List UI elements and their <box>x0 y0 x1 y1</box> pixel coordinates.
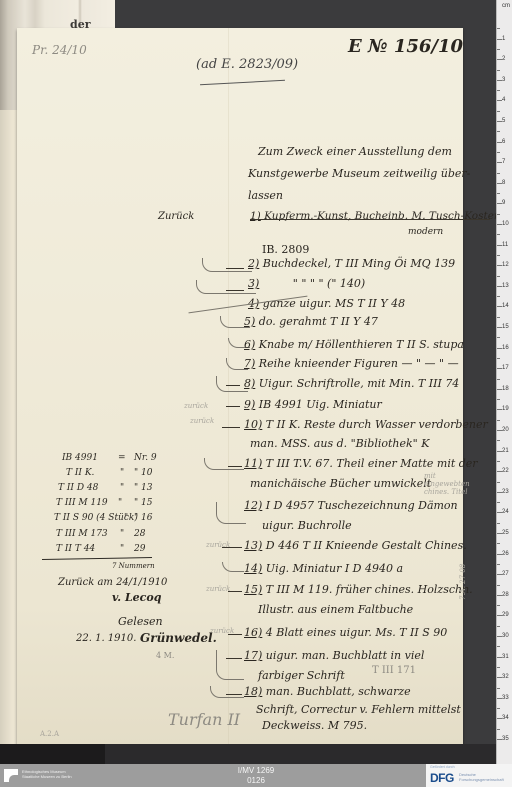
item-18-continuation: Schrift, Correctur v. Fehlern mittelst <box>256 704 461 715</box>
ruler-half-tick <box>497 49 500 50</box>
item-2-bracket <box>202 258 252 272</box>
item-12-bracket <box>216 502 246 524</box>
item-17-dash <box>226 658 242 659</box>
item-15-margin-note: zurück <box>206 586 230 593</box>
funder-name: Deutsche Forschungsgemeinschaft <box>459 772 504 782</box>
ruler-label: 13 <box>502 283 509 289</box>
ruler-label: 35 <box>502 736 509 742</box>
ruler-half-tick <box>497 214 500 215</box>
item-2-dash <box>226 268 244 269</box>
item-15-dash <box>228 591 242 592</box>
pencil-bottom-note: Turfan II <box>168 712 240 728</box>
read-date: 22. 1. 1910. <box>76 634 136 644</box>
item-18-continuation-2: Deckweiss. M 795. <box>262 720 367 731</box>
ruler-half-tick <box>497 502 500 503</box>
ruler-label: 12 <box>502 262 509 268</box>
item-17-side-note: T III 171 <box>372 666 416 676</box>
item-1-strikethrough <box>250 219 490 220</box>
item-9-margin-note: zurück <box>184 403 208 410</box>
item-13-dash <box>222 547 242 548</box>
ruler-label: 20 <box>502 427 509 433</box>
ruler-half-tick <box>497 564 500 565</box>
return-table-total: 7 Nummern <box>112 563 155 570</box>
ruler-half-tick <box>497 173 500 174</box>
item-3-dash <box>226 290 244 291</box>
item-11-side-note: mit eingewebten chines. Titel <box>424 472 468 496</box>
bottom-shadow-right <box>105 744 512 764</box>
item-2: 2) Buchdeckel, T III Ming Öi MQ 139 <box>248 258 455 269</box>
ruler-half-tick <box>497 461 500 462</box>
ruler-half-tick <box>497 90 500 91</box>
item-15-continuation: Illustr. aus einem Faltbuche <box>258 604 413 615</box>
item-1-continuation: modern <box>408 228 443 237</box>
ruler-label: 34 <box>502 715 509 721</box>
ruler-half-tick <box>497 420 500 421</box>
item-18: 18) man. Buchblatt, schwarze <box>244 686 411 697</box>
item-11: 11) T III T.V. 67. Theil einer Matte mit… <box>244 458 478 469</box>
ruler-half-tick <box>497 605 500 606</box>
item-11-bracket <box>204 458 244 470</box>
ruler-label: 19 <box>502 406 509 412</box>
ruler-half-tick <box>497 379 500 380</box>
item-16-dash <box>228 634 242 635</box>
ruler-half-tick <box>497 399 500 400</box>
item-13: 13) D 446 T II Knieende Gestalt Chines. <box>244 540 467 551</box>
ruler-label: 3 <box>502 77 505 83</box>
ruler-label: 23 <box>502 489 509 495</box>
ruler-half-tick <box>497 152 500 153</box>
ruler-unit-label: cm <box>502 3 510 9</box>
item-8: 8) Uigur. Schriftrolle, mit Min. T III 7… <box>244 378 459 389</box>
ruler-label: 21 <box>502 448 509 454</box>
ruler-label: 14 <box>502 303 509 309</box>
dfg-logo-icon: DFG <box>430 771 454 785</box>
archive-footer: Ethnologisches Museum Staatliche Museen … <box>0 764 512 787</box>
journal-number: E № 156/10 <box>348 38 463 56</box>
ruler-label: 32 <box>502 674 509 680</box>
item-18-bracket <box>210 686 244 698</box>
item-11-dash <box>228 466 242 467</box>
intro-line-1: Zum Zweck einer Ausstellung dem <box>258 146 452 157</box>
item-3: 3) " " " " (" 140) <box>248 278 365 289</box>
ruler-label: 10 <box>502 221 509 227</box>
dfg-funder-badge: Gefördert durch DFG Deutsche Forschungsg… <box>426 764 512 787</box>
ruler-label: 4 <box>502 97 505 103</box>
ruler-half-tick <box>497 111 500 112</box>
return-signature: v. Lecoq <box>112 592 161 603</box>
ruler-label: 18 <box>502 386 509 392</box>
ruler-label: 28 <box>502 592 509 598</box>
ruler-half-tick <box>497 193 500 194</box>
item-12: 12) I D 4957 Tuschezeichnung Dämon <box>244 500 458 511</box>
ruler-half-tick <box>497 440 500 441</box>
item-18-dash <box>226 694 242 695</box>
item-7: 7) Reihe knieender Figuren — " — " — <box>244 358 459 369</box>
read-signature: Grünwedel. <box>140 632 217 644</box>
ruler-half-tick <box>497 255 500 256</box>
ruler-label: 6 <box>502 139 505 145</box>
ruler-half-tick <box>497 296 500 297</box>
item-1-extra: IB. 2809 <box>262 244 309 255</box>
ruler-half-tick <box>497 523 500 524</box>
ruler-half-tick <box>497 585 500 586</box>
ruler-half-tick <box>497 646 500 647</box>
ruler-half-tick <box>497 626 500 627</box>
ruler-label: 2 <box>502 56 505 62</box>
top-left-mark: Pr. 24/10 <box>32 44 87 56</box>
ruler-half-tick <box>497 688 500 689</box>
ruler-label: 22 <box>502 468 509 474</box>
item-5: 5) do. gerahmt T II Y 47 <box>244 316 378 327</box>
ruler-label: 26 <box>502 551 509 557</box>
ruler-half-tick <box>497 337 500 338</box>
ruler-half-tick <box>497 28 500 29</box>
item-3-bracket <box>196 280 256 294</box>
ruler-half-tick <box>497 667 500 668</box>
item-16: 16) 4 Blatt eines uigur. Ms. T II S 90 <box>244 627 447 638</box>
ruler-label: 24 <box>502 509 509 515</box>
item-10-dash <box>222 427 240 428</box>
ruler-label: 30 <box>502 633 509 639</box>
ruler-label: 7 <box>502 159 505 165</box>
ruler-half-tick <box>497 708 500 709</box>
item-17: 17) uigur. man. Buchblatt in viel <box>244 650 424 661</box>
item-11-continuation: manichäische Bücher umwickelt <box>250 478 431 489</box>
ruler-half-tick <box>497 729 500 730</box>
item-10-margin-note: zurück <box>190 418 214 425</box>
center-reference: (ad E. 2823/09) <box>196 58 298 71</box>
ruler-label: 1 <box>502 36 505 42</box>
ruler-label: 8 <box>502 180 505 186</box>
item-15: 15) T III M 119. früher chines. Holzschn… <box>244 584 473 595</box>
ruler-label: 31 <box>502 654 509 660</box>
pencil-corner-mark: A.2.A <box>40 731 59 738</box>
ruler-half-tick <box>497 131 500 132</box>
item-8-dash <box>226 385 240 386</box>
ruler-label: 29 <box>502 612 509 618</box>
item-6: 6) Knabe m/ Höllenthieren T II S. stupa <box>244 339 464 350</box>
margin-vertical-note: 7.A. 27 08 <box>460 564 467 600</box>
return-note: Zurück am 24/1/1910 <box>58 578 167 588</box>
item-12-continuation: uigur. Buchrolle <box>262 520 352 531</box>
ruler-half-tick <box>497 482 500 483</box>
ruler-half-tick <box>497 317 500 318</box>
ruler-label: 16 <box>502 345 509 351</box>
item-17-bracket <box>216 650 244 680</box>
pencil-initials: 4 M. <box>156 652 174 660</box>
margin-zurueck: Zurück <box>158 212 194 222</box>
item-10-continuation: man. MSS. aus d. "Bibliothek" K <box>250 438 429 449</box>
ruler-half-tick <box>497 358 500 359</box>
item-9-dash <box>226 406 240 407</box>
item-17-continuation: farbiger Schrift <box>258 670 345 681</box>
ruler-half-tick <box>497 234 500 235</box>
ruler-label: 15 <box>502 324 509 330</box>
read-note: Gelesen <box>118 616 163 627</box>
ruler-label: 27 <box>502 571 509 577</box>
ruler-half-tick <box>497 543 500 544</box>
intro-line-3: lassen <box>248 190 283 201</box>
ruler-half-tick <box>497 276 500 277</box>
item-10: 10) T II K. Reste durch Wasser verdorben… <box>244 419 488 430</box>
ruler-label: 11 <box>502 242 508 248</box>
ruler-label: 17 <box>502 365 509 371</box>
item-9: 9) IB 4991 Uig. Miniatur <box>244 399 382 410</box>
ruler-label: 25 <box>502 530 509 536</box>
intro-line-2: Kunstgewerbe Museum zeitweilig über- <box>248 168 470 179</box>
funder-caption: Gefördert durch <box>430 765 455 769</box>
centimeter-ruler: cm 1234567891011121314151617181920212223… <box>496 0 512 764</box>
item-14: 14) Uig. Miniatur I D 4940 a <box>244 563 403 574</box>
ruler-label: 5 <box>502 118 505 124</box>
ruler-label: 33 <box>502 695 509 701</box>
ruler-half-tick <box>497 70 500 71</box>
ruler-label: 9 <box>502 200 505 206</box>
